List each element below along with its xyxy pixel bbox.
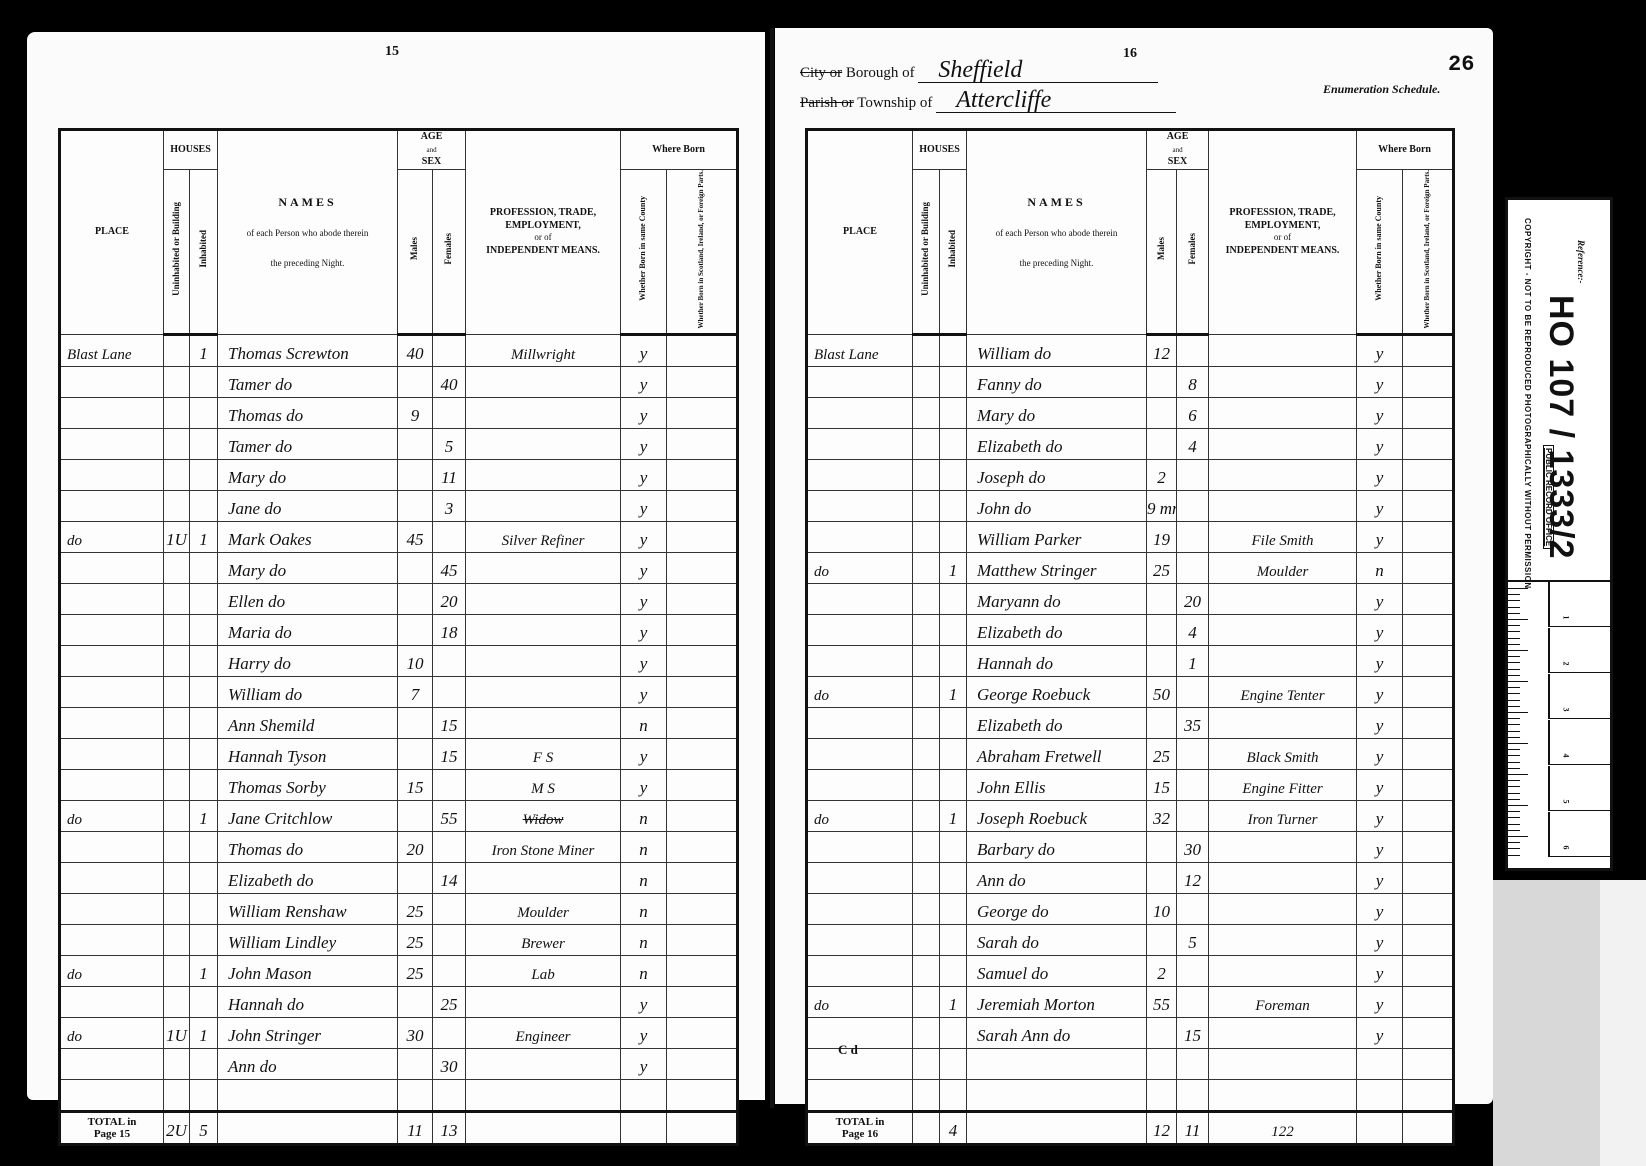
ruler-tick [1508, 805, 1528, 806]
census-row: Jane do3y [60, 490, 738, 521]
cell-profession: File Smith [1209, 521, 1357, 552]
census-row: Thomas do9y [60, 397, 738, 428]
header-inhabited: Inhabited [190, 169, 218, 334]
cell-uninhabited [164, 707, 190, 738]
cell-female: 11 [433, 459, 466, 490]
cell-male [398, 986, 433, 1017]
census-row: Mary do45y [60, 552, 738, 583]
cell-profession: Foreman [1209, 986, 1357, 1017]
cell-profession [1209, 1017, 1357, 1048]
cell-female [433, 676, 466, 707]
cell-profession [466, 1048, 621, 1079]
cell-inhabited [190, 490, 218, 521]
cell-female: 45 [433, 552, 466, 583]
borough-line: City or Borough of Sheffield [800, 58, 1158, 83]
cell-same_county: y [621, 552, 667, 583]
cell-place [60, 1079, 164, 1111]
cell-foreign [1403, 366, 1454, 397]
cell-male [398, 1079, 433, 1111]
cell-female: 40 [433, 366, 466, 397]
cell-female: 25 [433, 986, 466, 1017]
cell-foreign [1403, 521, 1454, 552]
cell-profession [1209, 428, 1357, 459]
cell-profession: Engine Tenter [1209, 676, 1357, 707]
cell-uninhabited [164, 459, 190, 490]
cell-profession: Millwright [466, 334, 621, 366]
ruler-tick [1508, 811, 1520, 812]
cell-male: 15 [398, 769, 433, 800]
cell-inhabited [940, 831, 967, 862]
reference-label: Reference:- [1576, 240, 1586, 283]
cell-male: 55 [1147, 986, 1177, 1017]
cell-name: Jane Critchlow [218, 800, 398, 831]
cell-uninhabited [913, 645, 940, 676]
ruler-tick [1508, 836, 1528, 837]
cell-foreign [1403, 583, 1454, 614]
cell-place [807, 924, 913, 955]
census-row: Hannah do25y [60, 986, 738, 1017]
cell-inhabited [940, 769, 967, 800]
cell-uninhabited [164, 428, 190, 459]
total-females: 13 [433, 1111, 466, 1144]
cell-uninhabited [913, 366, 940, 397]
ruler-tick [1508, 656, 1520, 657]
total-empty [218, 1111, 398, 1144]
census-row: Hannah do1y [807, 645, 1454, 676]
cell-inhabited [940, 614, 967, 645]
cell-place [60, 862, 164, 893]
cell-same_county: y [1357, 893, 1403, 924]
cell-female [433, 645, 466, 676]
cell-name: George do [967, 893, 1147, 924]
cell-same_county: y [1357, 366, 1403, 397]
cell-male: 10 [1147, 893, 1177, 924]
cell-place [60, 893, 164, 924]
census-row: do1John Mason25Labn [60, 955, 738, 986]
ruler-cm-mark: 1 [1548, 582, 1610, 627]
total-empty [1403, 1111, 1454, 1144]
cell-profession [466, 707, 621, 738]
cell-same_county: y [621, 769, 667, 800]
total-uninhabited [913, 1111, 940, 1144]
cell-name: John Ellis [967, 769, 1147, 800]
cell-male [1147, 1079, 1177, 1111]
ruler-tick [1508, 619, 1528, 620]
cell-profession [466, 397, 621, 428]
header-females: Females [1177, 169, 1209, 334]
cell-profession: Iron Stone Miner [466, 831, 621, 862]
cell-female: 15 [433, 738, 466, 769]
header-uninhabited: Uninhabited or Building [913, 169, 940, 334]
cell-foreign [1403, 1017, 1454, 1048]
ruler-tick [1508, 793, 1520, 794]
cell-inhabited [940, 397, 967, 428]
cell-male: 40 [398, 334, 433, 366]
cell-uninhabited [913, 955, 940, 986]
census-row: Ann do12y [807, 862, 1454, 893]
ruler-cm-mark: 2 [1548, 628, 1610, 673]
cell-same_county: y [1357, 459, 1403, 490]
cell-female: 12 [1177, 862, 1209, 893]
header-place: PLACE [807, 130, 913, 335]
cell-place [60, 707, 164, 738]
census-row [60, 1079, 738, 1111]
cell-profession [1209, 645, 1357, 676]
header-born-foreign: Whether Born in Scotland, Ireland, or Fo… [667, 169, 738, 334]
header-age-sex: AGE and SEX [1147, 130, 1209, 170]
cell-uninhabited [913, 769, 940, 800]
cell-name: William Renshaw [218, 893, 398, 924]
census-row: William Renshaw25Mouldern [60, 893, 738, 924]
cell-same_county: n [621, 707, 667, 738]
cell-inhabited: 1 [940, 986, 967, 1017]
cell-same_county: y [621, 676, 667, 707]
cell-male: 30 [398, 1017, 433, 1048]
cell-name: Thomas do [218, 831, 398, 862]
cell-profession [1209, 955, 1357, 986]
cell-inhabited [940, 428, 967, 459]
header-houses: HOUSES [913, 130, 967, 170]
census-row: do1Joseph Roebuck32Iron Turnery [807, 800, 1454, 831]
cell-same_county: y [1357, 707, 1403, 738]
ruler-tick [1508, 842, 1520, 843]
cell-same_county: y [621, 645, 667, 676]
cell-same_county: y [621, 738, 667, 769]
cell-female [1177, 676, 1209, 707]
header-uninhabited: Uninhabited or Building [164, 169, 190, 334]
cell-female [1177, 1079, 1209, 1111]
census-row [807, 1079, 1454, 1111]
ruler-tick [1508, 718, 1520, 719]
cell-male [398, 738, 433, 769]
cell-profession [466, 986, 621, 1017]
header-born-same-county: Whether Born in same County [621, 169, 667, 334]
ruler-tick [1508, 768, 1520, 769]
header-names: NAMES of each Person who abode therein t… [967, 130, 1147, 335]
cell-foreign [667, 459, 738, 490]
cell-same_county [1357, 1048, 1403, 1079]
cell-female: 5 [433, 428, 466, 459]
cell-inhabited [940, 862, 967, 893]
cell-same_county: y [621, 459, 667, 490]
cell-female: 14 [433, 862, 466, 893]
cell-inhabited: 1 [940, 676, 967, 707]
cell-female [433, 397, 466, 428]
cell-uninhabited [164, 645, 190, 676]
cell-female [433, 521, 466, 552]
cell-name: Hannah do [218, 986, 398, 1017]
cell-inhabited [190, 924, 218, 955]
cell-same_county: y [1357, 738, 1403, 769]
cell-profession: F S [466, 738, 621, 769]
cell-name: Hannah Tyson [218, 738, 398, 769]
census-row: Ellen do20y [60, 583, 738, 614]
ruler-cm-mark: 3 [1548, 674, 1610, 719]
cell-same_county: n [621, 924, 667, 955]
cell-place [60, 986, 164, 1017]
header-born-foreign: Whether Born in Scotland, Ireland, or Fo… [1403, 169, 1454, 334]
ruler-tick [1508, 700, 1520, 701]
cell-foreign [1403, 893, 1454, 924]
footer-mark: C d [838, 1042, 858, 1058]
ruler-tick [1508, 755, 1520, 756]
total-empty [1357, 1111, 1403, 1144]
ruler-cm-mark: 4 [1548, 720, 1610, 765]
total-inhabited: 4 [940, 1111, 967, 1144]
header-age-sex: AGE and SEX [398, 130, 466, 170]
cell-same_county: y [621, 1017, 667, 1048]
cell-uninhabited [913, 986, 940, 1017]
census-row: Ann Shemild15n [60, 707, 738, 738]
cell-uninhabited [164, 583, 190, 614]
cell-same_county: y [1357, 769, 1403, 800]
header-houses: HOUSES [164, 130, 218, 170]
cell-male [398, 552, 433, 583]
cell-inhabited [940, 334, 967, 366]
cell-place: Blast Lane [60, 334, 164, 366]
cell-profession [466, 490, 621, 521]
ruler-tick [1508, 693, 1520, 694]
cell-inhabited [190, 428, 218, 459]
cell-foreign [1403, 334, 1454, 366]
ruler-tick [1508, 681, 1528, 682]
cell-male: 9 mnth [1147, 490, 1177, 521]
cell-profession: Moulder [466, 893, 621, 924]
cell-inhabited [190, 769, 218, 800]
cell-name: Joseph do [967, 459, 1147, 490]
cell-profession: Lab [466, 955, 621, 986]
cell-name: Ann do [967, 862, 1147, 893]
census-row: Maryann do20y [807, 583, 1454, 614]
cell-place [807, 955, 913, 986]
cell-place [807, 366, 913, 397]
cell-inhabited [190, 397, 218, 428]
census-row: William do7y [60, 676, 738, 707]
ruler-tick [1508, 774, 1528, 775]
cell-female: 8 [1177, 366, 1209, 397]
cell-place [60, 924, 164, 955]
cell-foreign [1403, 924, 1454, 955]
header-profession: PROFESSION, TRADE, EMPLOYMENT, or of IND… [1209, 130, 1357, 335]
cell-place [807, 738, 913, 769]
census-row: Fanny do8y [807, 366, 1454, 397]
ruler-tick [1508, 712, 1528, 713]
census-row: John do9 mnthy [807, 490, 1454, 521]
census-row: Sarah Ann do15y [807, 1017, 1454, 1048]
cell-inhabited [940, 459, 967, 490]
cell-same_county: y [1357, 1017, 1403, 1048]
cell-female: 30 [433, 1048, 466, 1079]
cell-foreign [1403, 614, 1454, 645]
cell-inhabited: 1 [190, 521, 218, 552]
cell-profession [466, 552, 621, 583]
cell-uninhabited [164, 738, 190, 769]
census-row: Mary do11y [60, 459, 738, 490]
cell-same_county [1357, 1079, 1403, 1111]
cell-foreign [1403, 1079, 1454, 1111]
cell-foreign [1403, 645, 1454, 676]
total-males: 11 [398, 1111, 433, 1144]
cell-uninhabited: 1U [164, 521, 190, 552]
cell-same_county: y [1357, 986, 1403, 1017]
cell-inhabited: 1 [190, 955, 218, 986]
cell-uninhabited [164, 1048, 190, 1079]
cell-male: 10 [398, 645, 433, 676]
cell-male [1147, 614, 1177, 645]
cell-name: John Stringer [218, 1017, 398, 1048]
header-males: Males [398, 169, 433, 334]
cell-profession [1209, 366, 1357, 397]
cell-male [398, 459, 433, 490]
cell-uninhabited [913, 1079, 940, 1111]
cell-male [398, 366, 433, 397]
cell-place: do [60, 1017, 164, 1048]
cell-place [807, 583, 913, 614]
total-uninhabited: 2U [164, 1111, 190, 1144]
cell-uninhabited [164, 397, 190, 428]
cell-name: Hannah do [967, 645, 1147, 676]
cell-profession [466, 428, 621, 459]
cell-inhabited [190, 552, 218, 583]
cell-name: Samuel do [967, 955, 1147, 986]
cell-same_county: n [621, 893, 667, 924]
total-label: TOTAL inPage 16 [807, 1111, 913, 1144]
header-where-born: Where Born [1357, 130, 1454, 170]
cell-place [807, 1017, 913, 1048]
cell-name: Elizabeth do [218, 862, 398, 893]
census-row: William Parker19File Smithy [807, 521, 1454, 552]
cell-inhabited [940, 366, 967, 397]
cell-female [433, 769, 466, 800]
cell-name: Jeremiah Morton [967, 986, 1147, 1017]
cell-place [60, 676, 164, 707]
cell-profession: Moulder [1209, 552, 1357, 583]
cell-uninhabited [164, 924, 190, 955]
cell-female [433, 893, 466, 924]
census-row: Mary do6y [807, 397, 1454, 428]
cell-inhabited [940, 707, 967, 738]
cell-uninhabited [164, 552, 190, 583]
cell-male: 19 [1147, 521, 1177, 552]
cell-name: Sarah do [967, 924, 1147, 955]
cell-same_county: y [1357, 490, 1403, 521]
cell-name: Abraham Fretwell [967, 738, 1147, 769]
borough-struck-text: City or [800, 65, 842, 81]
cell-place [60, 428, 164, 459]
cell-foreign [1403, 769, 1454, 800]
cell-profession: Widow [466, 800, 621, 831]
cell-uninhabited [164, 490, 190, 521]
cell-name: Mary do [967, 397, 1147, 428]
census-row: Elizabeth do35y [807, 707, 1454, 738]
cell-same_county: y [621, 366, 667, 397]
cell-profession [1209, 583, 1357, 614]
cell-profession [1209, 334, 1357, 366]
cell-same_county: y [621, 428, 667, 459]
cell-foreign [667, 986, 738, 1017]
township-line: Parish or Township of Attercliffe [800, 88, 1176, 113]
cell-inhabited [940, 645, 967, 676]
total-empty [967, 1111, 1147, 1144]
cell-same_county: n [621, 831, 667, 862]
cell-profession [1209, 1079, 1357, 1111]
cell-profession: M S [466, 769, 621, 800]
cell-female [433, 831, 466, 862]
ruler-tick [1508, 613, 1520, 614]
ruler-tick [1508, 799, 1520, 800]
cell-same_county: y [1357, 862, 1403, 893]
cell-male [398, 862, 433, 893]
census-row: Tamer do5y [60, 428, 738, 459]
total-profession [466, 1111, 621, 1144]
cell-foreign [667, 1048, 738, 1079]
cell-female [1177, 552, 1209, 583]
cell-same_county: y [621, 614, 667, 645]
cell-female [1177, 986, 1209, 1017]
cell-foreign [667, 893, 738, 924]
ruler-tick [1508, 638, 1520, 639]
cell-uninhabited [913, 552, 940, 583]
cell-name: George Roebuck [967, 676, 1147, 707]
cell-foreign [667, 1017, 738, 1048]
ruler-tick [1508, 731, 1520, 732]
cell-same_county: n [621, 862, 667, 893]
cell-uninhabited [164, 334, 190, 366]
cell-male [398, 800, 433, 831]
cell-same_county: y [621, 583, 667, 614]
cell-foreign [1403, 459, 1454, 490]
cell-uninhabited [913, 1048, 940, 1079]
cell-name: Elizabeth do [967, 614, 1147, 645]
cell-inhabited [940, 521, 967, 552]
census-row: do1Matthew Stringer25Mouldern [807, 552, 1454, 583]
cell-uninhabited [913, 862, 940, 893]
cell-place: do [60, 521, 164, 552]
header-born-same-county: Whether Born in same County [1357, 169, 1403, 334]
cell-female [1177, 459, 1209, 490]
cell-male: 25 [398, 955, 433, 986]
cell-profession: Brewer [466, 924, 621, 955]
cell-place [807, 862, 913, 893]
cell-profession [466, 459, 621, 490]
cell-female [433, 1079, 466, 1111]
census-row: do1George Roebuck50Engine Tentery [807, 676, 1454, 707]
census-row: Harry do10y [60, 645, 738, 676]
cell-place: do [807, 986, 913, 1017]
cell-inhabited [190, 893, 218, 924]
cell-place [807, 831, 913, 862]
ruler-tick [1508, 625, 1520, 626]
census-row: Thomas Sorby15M Sy [60, 769, 738, 800]
total-empty [621, 1111, 667, 1144]
cell-place [807, 459, 913, 490]
cell-foreign [667, 862, 738, 893]
cell-foreign [1403, 676, 1454, 707]
ruler-tick [1508, 594, 1520, 595]
cell-female: 20 [433, 583, 466, 614]
cell-place [807, 614, 913, 645]
cell-name: Mary do [218, 552, 398, 583]
cell-profession [1209, 831, 1357, 862]
cell-name: Joseph Roebuck [967, 800, 1147, 831]
cell-profession [466, 862, 621, 893]
cell-uninhabited [913, 521, 940, 552]
cell-male [398, 707, 433, 738]
cell-uninhabited [164, 831, 190, 862]
cell-foreign [1403, 552, 1454, 583]
cell-foreign [667, 738, 738, 769]
measurement-ruler: 123456 [1508, 580, 1610, 868]
